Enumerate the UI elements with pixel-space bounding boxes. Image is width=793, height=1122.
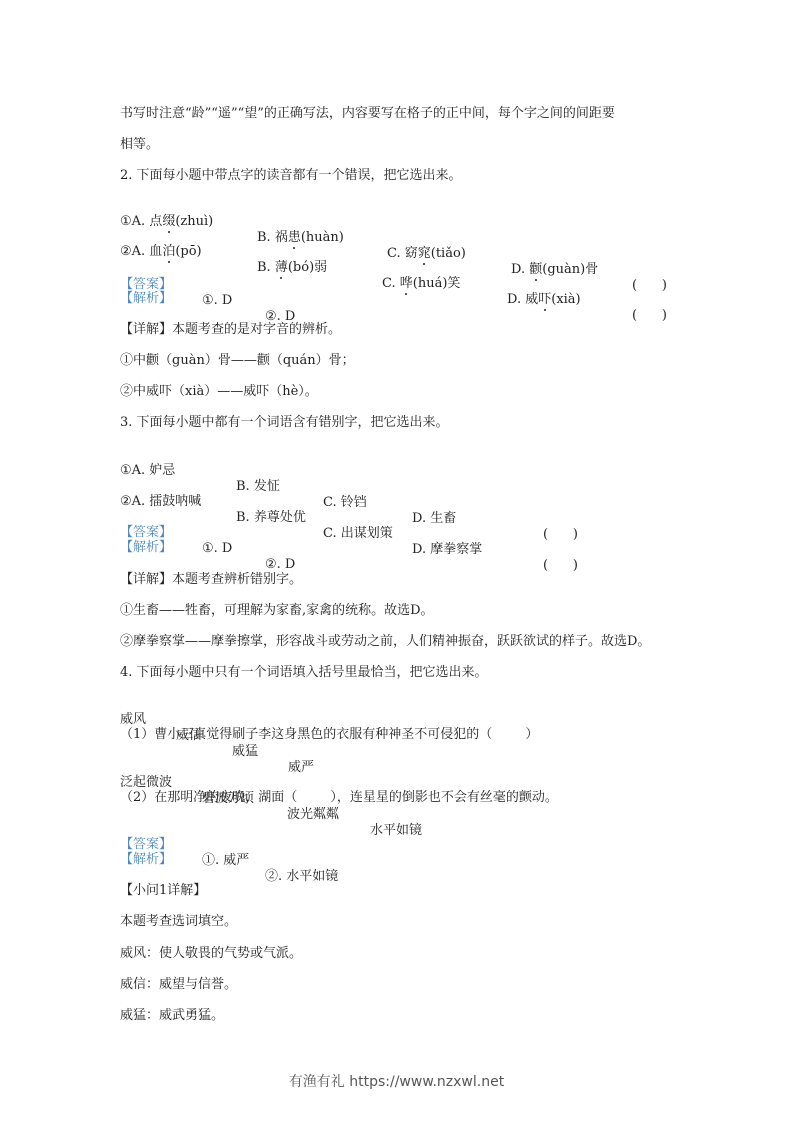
intro-line-2: 相等。 (120, 137, 159, 153)
q2-analysis-label: 【解析】 (120, 291, 172, 307)
word-option: 威风 (120, 712, 146, 728)
q2-detail: 【详解】本题考查的是对字音的辨析。 (120, 322, 341, 338)
answer-label: 【答案】 (120, 837, 172, 853)
q2-r2-option-a: ②A. 血泊(pō) (120, 244, 202, 260)
q2-stem: 2. 下面每小题中带点字的读音都有一个错误，把它选出来。 (120, 168, 462, 184)
q4-detail-2: 威风：使人敬畏的气势或气派。 (120, 946, 302, 962)
q3-detail-1: ①生畜——牲畜，可理解为家畜,家禽的统称。故选D。 (120, 603, 434, 619)
q4-detail-1: 本题考查选词填空。 (120, 914, 237, 930)
q2-r2-answer-blank: ( ) (632, 308, 667, 324)
q2-detail-2: ②中威吓（xià）——威吓（hè）。 (120, 384, 318, 400)
answer-2: ②. D (265, 557, 295, 573)
q3-r1-option-a: ①A. 妒忌 (120, 463, 175, 479)
answer-label: 【答案】 (120, 525, 172, 541)
answer-2: ②. 水平如镜 (265, 869, 338, 885)
footer-watermark: 有渔有礼 https://www.nzxwl.net (0, 1071, 793, 1091)
q4-sub-detail-label: 【小问1详解】 (120, 883, 206, 899)
q3-analysis-label: 【解析】 (120, 540, 172, 556)
answer-1: ①. 威严 (202, 853, 249, 869)
q4-analysis-label: 【解析】 (120, 852, 172, 868)
answer-1: ①. D (202, 293, 232, 309)
q3-r2-answer-blank: ( ) (543, 558, 578, 574)
q4-stem: 4. 下面每小题中只有一个词语填入括号里最恰当，把它选出来。 (120, 665, 488, 681)
word-option: 泛起微波 (120, 775, 172, 791)
q2-detail-1: ①中颧（guàn）骨——颧（quán）骨； (120, 353, 355, 369)
q2-r2-option-d: D. 威吓(xià) (507, 292, 581, 308)
q4-answer: 【答案】 ①. 威严 ②. 水平如镜 (120, 821, 520, 885)
word-option: 威猛 (232, 744, 258, 760)
q3-detail-2: ②摩拳察掌——摩拳擦掌，形容战斗或劳动之前，人们精神振奋，跃跃欲试的样子。故选D… (120, 634, 650, 650)
q4-detail-3: 威信：威望与信誉。 (120, 977, 237, 993)
q3-r2-option-d: D. 摩拳察掌 (412, 542, 482, 558)
q3-r2-option-a: ②A. 擂鼓呐喊 (120, 494, 201, 510)
q4-sub-question-2: （2）在那明净的夜晚，湖面（ ），连星星的倒影也不会有丝毫的颤动。 (120, 790, 558, 806)
q3-stem: 3. 下面每小题中都有一个词语含有错别字，把它选出来。 (120, 415, 449, 431)
intro-line-1: 书写时注意“龄”“遥”“望”的正确写法，内容要写在格子的正中间，每个字之间的间距… (120, 106, 615, 122)
q4-detail-4: 威猛：威武勇猛。 (120, 1008, 224, 1024)
q3-detail: 【详解】本题考查辨析错别字。 (120, 572, 302, 588)
q4-sub-question-1: （1）曹小三真觉得刷子李这身黑色的衣服有种神圣不可侵犯的（ ） (120, 727, 538, 743)
answer-1: ①. D (202, 541, 232, 557)
